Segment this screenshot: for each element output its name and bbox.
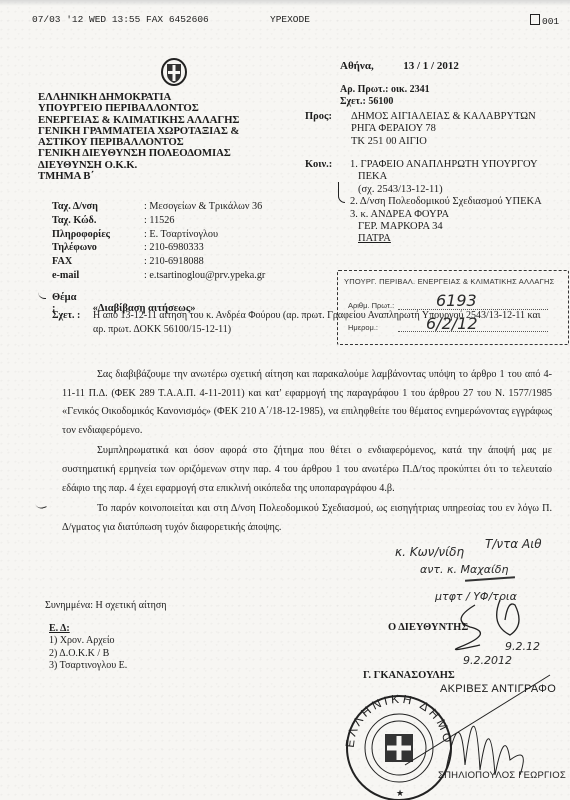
handwritten-note: κ. Κων/νίδη	[395, 545, 464, 559]
checkmark-margin-icon	[338, 182, 345, 203]
contact-row: Ταχ. Δ/νση: Μεσογείων & Τρικάλων 36	[52, 200, 265, 214]
contact-key: FAX	[52, 255, 144, 269]
fax-page-number: 001	[542, 16, 559, 27]
cc-line: 3. κ. ΑΝΔΡΕΑ ΦΟΥΡΑ	[350, 209, 542, 221]
to-recipient: ΔΗΜΟΣ ΑΙΓΙΑΛΕΙΑΣ & ΚΑΛΑΒΡΥΤΩΝ ΡΗΓΑ ΦΕΡΑΙ…	[351, 111, 536, 148]
stamp-number-value: 6193	[436, 291, 477, 310]
dateline: Αθήνα, 13 / 1 / 2012	[340, 60, 459, 72]
letterhead: ΕΛΛΗΝΙΚΗ ΔΗΜΟΚΡΑΤΙΑ ΥΠΟΥΡΓΕΙΟ ΠΕΡΙΒΑΛΛΟΝ…	[38, 92, 239, 182]
contact-value: : 11526	[144, 214, 174, 228]
distribution-item: 3) Τσαρτινογλου Ε.	[45, 660, 167, 673]
contact-row: FAX: 210-6918088	[52, 255, 265, 269]
scan-smear	[0, 0, 570, 6]
distribution-item: 2) Δ.Ο.Κ.Κ / Β	[45, 648, 167, 661]
cc-recipients: 1. ΓΡΑΦΕΙΟ ΑΝΑΠΛΗΡΩΤΗ ΥΠΟΥΡΓΟΥ ΠΕΚΑ (σχ.…	[350, 159, 542, 246]
reference: Σχετ. : Η από 13-12-11 αίτηση του κ. Ανδ…	[52, 309, 552, 336]
letterhead-line: ΥΠΟΥΡΓΕΙΟ ΠΕΡΙΒΑΛΛΟΝΤΟΣ	[38, 103, 239, 114]
strikethrough-mark	[465, 576, 515, 581]
fax-header-center: YPEXODE	[270, 14, 310, 25]
letterhead-line: ΤΜΗΜΑ Β΄	[38, 171, 239, 182]
to-line: ΔΗΜΟΣ ΑΙΓΙΑΛΕΙΑΣ & ΚΑΛΑΒΡΥΤΩΝ	[351, 111, 536, 123]
contact-info: Ταχ. Δ/νση: Μεσογείων & Τρικάλων 36 Ταχ.…	[52, 200, 265, 283]
cc-line: ΠΕΚΑ	[350, 171, 542, 183]
contact-value: : Μεσογείων & Τρικάλων 36	[144, 200, 262, 214]
body-paragraph: Σας διαβιβάζουμε την ανωτέρω σχετική αίτ…	[62, 366, 552, 440]
cc-line: ΠΑΤΡΑ	[350, 233, 542, 245]
cc-label: Κοιν.:	[305, 159, 332, 170]
handwritten-note: αντ. κ. Μαχαίδη	[420, 563, 508, 576]
contact-row: Ταχ. Κώδ.: 11526	[52, 214, 265, 228]
body-paragraph: Το παρόν κοινοποιείται και στη Δ/νση Πολ…	[62, 500, 552, 537]
internal-distribution-label: Ε. Δ:	[45, 623, 167, 636]
handwritten-date: 9.2.12	[505, 640, 540, 653]
date-place: Αθήνα,	[340, 60, 374, 72]
cc-line: (σχ. 2543/13-12-11)	[350, 184, 542, 196]
contact-value: : 210-6980333	[144, 241, 204, 255]
cc-line: 1. ΓΡΑΦΕΙΟ ΑΝΑΠΛΗΡΩΤΗ ΥΠΟΥΡΓΟΥ	[350, 159, 542, 171]
stamp-title: ΥΠΟΥΡΓ. ΠΕΡΙΒΑΛ. ΕΝΕΡΓΕΙΑΣ & ΚΛΙΜΑΤΙΚΗΣ …	[344, 277, 554, 286]
date-value: 13 / 1 / 2012	[403, 60, 459, 72]
fax-page-icon	[530, 14, 540, 25]
body-paragraph: Συμπληρωματικά και όσον αφορά στο ζήτημα…	[62, 442, 552, 498]
contact-value: : 210-6918088	[144, 255, 204, 269]
fax-header-left: 07/03 '12 WED 13:55 FAX 6452606	[32, 14, 209, 25]
reference-value: Η από 13-12-11 αίτηση του κ. Ανδρέα Φούρ…	[93, 309, 552, 336]
contact-key: Πληροφορίες	[52, 228, 144, 242]
protocol-number: Αρ. Πρωτ.: οικ. 2341	[340, 84, 430, 96]
certification-signature	[400, 665, 570, 785]
to-line: ΡΗΓΑ ΦΕΡΑΙΟΥ 78	[351, 123, 536, 135]
svg-text:★: ★	[396, 788, 404, 798]
protocol-block: Αρ. Πρωτ.: οικ. 2341 Σχετ.: 56100	[340, 84, 430, 108]
contact-row: Πληροφορίες: Ε. Τσαρτίνογλου	[52, 228, 265, 242]
to-line: ΤΚ 251 00 ΑΙΓΙΟ	[351, 136, 536, 148]
letter-body: Σας διαβιβάζουμε την ανωτέρω σχετική αίτ…	[62, 366, 552, 537]
to-label: Προς:	[305, 111, 332, 122]
protocol-related: Σχετ.: 56100	[340, 96, 430, 108]
contact-row: e-mail: e.tsartinoglou@prv.ypeka.gr	[52, 269, 265, 283]
fax-page: 001	[530, 14, 559, 27]
margin-tick-icon	[38, 292, 46, 299]
contact-key: e-mail	[52, 269, 144, 283]
contact-key: Τηλέφωνο	[52, 241, 144, 255]
contact-key: Ταχ. Κώδ.	[52, 214, 144, 228]
cc-line: 2. Δ/νση Πολεοδομικού Σχεδιασμού ΥΠΕΚΑ	[350, 196, 542, 208]
contact-row: Τηλέφωνο: 210-6980333	[52, 241, 265, 255]
contact-value: : Ε. Τσαρτίνογλου	[144, 228, 218, 242]
cc-line: ΓΕΡ. ΜΑΡΚΟΡΑ 34	[350, 221, 542, 233]
contact-email: : e.tsartinoglou@prv.ypeka.gr	[144, 269, 265, 283]
attachments: Συνημμένα: Η σχετική αίτηση	[45, 600, 167, 613]
signatory-title: Ο ΔΙΕΥΘΥΝΤΗΣ	[388, 622, 468, 633]
margin-tick-icon	[35, 501, 47, 511]
contact-key: Ταχ. Δ/νση	[52, 200, 144, 214]
handwritten-note: Τ/ντα Αιθ	[485, 537, 542, 551]
greek-coat-of-arms-icon	[161, 58, 187, 86]
attachments-block: Συνημμένα: Η σχετική αίτηση Ε. Δ: 1) Χρο…	[45, 600, 167, 673]
distribution-item: 1) Χρον. Αρχείο	[45, 635, 167, 648]
reference-label: Σχετ. :	[52, 309, 93, 336]
